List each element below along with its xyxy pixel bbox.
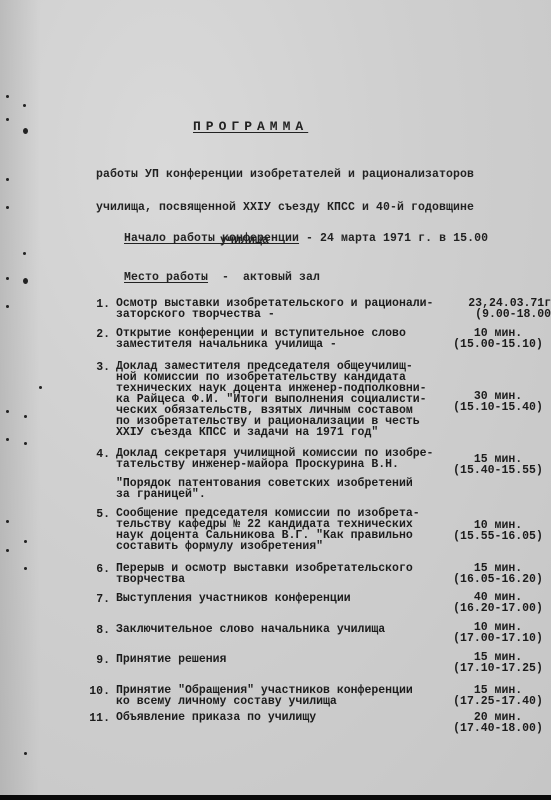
item-number: 7. bbox=[88, 593, 110, 606]
item-schedule: 15 мин. (17.25-17.40) bbox=[443, 685, 551, 707]
item-schedule: 23,24.03.71г. (9.00-18.00) bbox=[443, 298, 551, 320]
punch-mark bbox=[23, 104, 26, 107]
punch-mark bbox=[6, 438, 9, 441]
item-report-title: "Порядок патентования советских изобрете… bbox=[116, 478, 446, 500]
item-time: (16.05-16.20) bbox=[453, 573, 543, 586]
document-page: ПРОГРАММА работы УП конференции изобрета… bbox=[0, 0, 551, 795]
item-text: Принятие решения bbox=[116, 654, 446, 665]
punch-mark bbox=[24, 442, 27, 445]
venue-label: Место работы bbox=[124, 271, 208, 284]
item-text: Перерыв и осмотр выставки изобретательск… bbox=[116, 563, 446, 585]
document-title: ПРОГРАММА bbox=[193, 121, 308, 132]
item-number: 6. bbox=[88, 563, 110, 576]
item-text: Выступления участников конференции bbox=[116, 593, 446, 604]
item-time: (17.40-18.00) bbox=[453, 722, 543, 735]
item-schedule: 15 мин. (16.05-16.20) bbox=[443, 563, 551, 585]
item-schedule: 10 мин. (17.00-17.10) bbox=[443, 622, 551, 644]
punch-mark bbox=[24, 752, 27, 755]
item-number: 1. bbox=[88, 298, 110, 311]
item-number: 11. bbox=[88, 712, 110, 725]
punch-mark bbox=[6, 95, 9, 98]
item-schedule: 15 мин. (15.40-15.55) bbox=[443, 454, 551, 476]
item-time: (16.20-17.00) bbox=[453, 602, 543, 615]
item-time: (9.00-18.00) bbox=[475, 308, 551, 321]
punch-mark bbox=[6, 118, 9, 121]
item-schedule: 20 мин. (17.40-18.00) bbox=[443, 712, 551, 734]
item-number: 8. bbox=[88, 624, 110, 637]
start-label: Начало работы конференции bbox=[124, 232, 299, 245]
item-time: (15.00-15.10) bbox=[453, 338, 543, 351]
item-number: 3. bbox=[88, 361, 110, 374]
item-time: (17.00-17.10) bbox=[453, 632, 543, 645]
punch-mark bbox=[6, 178, 9, 181]
punch-mark bbox=[6, 305, 9, 308]
item-time: (15.40-15.55) bbox=[453, 464, 543, 477]
punch-mark bbox=[6, 277, 9, 280]
punch-mark bbox=[24, 567, 27, 570]
item-schedule: 30 мин. (15.10-15.40) bbox=[443, 391, 551, 413]
item-text: Заключительное слово начальника училища bbox=[116, 624, 446, 635]
punch-mark bbox=[24, 540, 27, 543]
subtitle-line: училища, посвященной XXIУ съезду КПСС и … bbox=[96, 202, 474, 213]
item-time: (15.10-15.40) bbox=[453, 401, 543, 414]
item-time: (15.55-16.05) bbox=[453, 530, 543, 543]
item-text: Сообщение председателя комиссии по изобр… bbox=[116, 508, 446, 552]
punch-mark bbox=[23, 252, 26, 255]
item-text: Открытие конференции и вступительное сло… bbox=[116, 328, 446, 350]
item-time: (17.25-17.40) bbox=[453, 695, 543, 708]
item-text: Осмотр выставки изобретательского и раци… bbox=[116, 298, 446, 320]
punch-mark bbox=[6, 520, 9, 523]
venue-value: - актовый зал bbox=[208, 271, 320, 284]
item-text: Доклад секретаря училищной комиссии по и… bbox=[116, 448, 446, 500]
punch-mark bbox=[6, 410, 9, 413]
start-info: Начало работы конференции - 24 марта 197… bbox=[96, 222, 488, 255]
punch-mark bbox=[24, 415, 27, 418]
punch-mark bbox=[6, 206, 9, 209]
item-schedule: 10 мин. (15.00-15.10) bbox=[443, 328, 551, 350]
punch-mark bbox=[39, 386, 42, 389]
punch-mark bbox=[23, 128, 28, 134]
punch-mark bbox=[6, 549, 9, 552]
subtitle-line: работы УП конференции изобретателей и ра… bbox=[96, 169, 474, 180]
item-number: 2. bbox=[88, 328, 110, 341]
venue-info: Место работы - актовый зал bbox=[96, 261, 320, 294]
item-schedule: 15 мин. (17.10-17.25) bbox=[443, 652, 551, 674]
item-number: 4. bbox=[88, 448, 110, 461]
item-main-text: Доклад секретаря училищной комиссии по и… bbox=[116, 447, 433, 471]
punch-mark bbox=[23, 278, 28, 284]
item-number: 10. bbox=[88, 685, 110, 698]
start-value: - 24 марта 1971 г. в 15.00 bbox=[299, 232, 488, 245]
item-schedule: 40 мин. (16.20-17.00) bbox=[443, 592, 551, 614]
item-text: Доклад заместителя председателя общеучил… bbox=[116, 361, 446, 438]
item-text: Объявление приказа по училищу bbox=[116, 712, 446, 723]
item-text: Принятие "Обращения" участников конферен… bbox=[116, 685, 446, 707]
item-schedule: 10 мин. (15.55-16.05) bbox=[443, 520, 551, 542]
item-time: (17.10-17.25) bbox=[453, 662, 543, 675]
item-number: 5. bbox=[88, 508, 110, 521]
item-number: 9. bbox=[88, 654, 110, 667]
